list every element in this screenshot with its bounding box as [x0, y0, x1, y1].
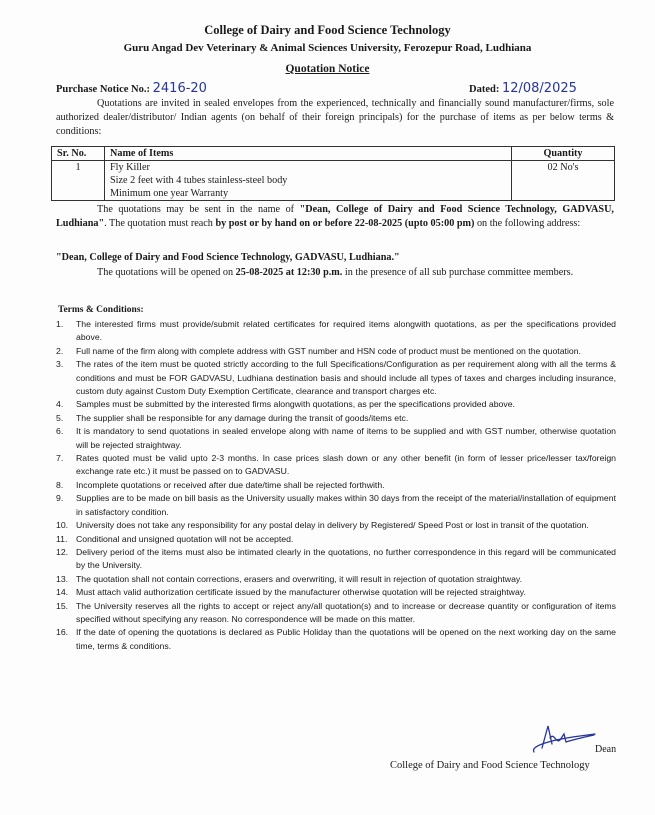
term-text: If the date of opening the quotations is… — [76, 627, 616, 650]
notice-date: Dated: 12/08/2025 — [469, 81, 577, 96]
term-number: 16. — [56, 626, 68, 639]
term-text: The rates of the item must be quoted str… — [76, 359, 616, 396]
term-number: 13. — [56, 573, 68, 586]
term-item: 2.Full name of the firm along with compl… — [56, 345, 616, 358]
row-sr-no: 1 — [52, 161, 105, 201]
term-number: 10. — [56, 519, 68, 532]
submission-text: . The quotation must reach — [104, 218, 215, 229]
term-number: 6. — [56, 425, 63, 438]
purchase-notice-number: 2416-20 — [153, 81, 207, 96]
term-item: 13.The quotation shall not contain corre… — [56, 573, 616, 586]
terms-list: 1.The interested firms must provide/subm… — [56, 318, 616, 653]
term-item: 16.If the date of opening the quotations… — [56, 626, 616, 653]
date-label: Dated: — [469, 84, 499, 95]
term-text: The quotation shall not contain correcti… — [76, 574, 522, 584]
submission-text: The quotations may be sent in the name o… — [97, 204, 300, 215]
signatory-organization: College of Dairy and Food Science Techno… — [390, 760, 590, 771]
term-number: 12. — [56, 546, 68, 559]
term-text: Delivery period of the items must also b… — [76, 547, 616, 570]
term-number: 1. — [56, 318, 63, 331]
opening-paragraph: The quotations will be opened on 25-08-2… — [56, 266, 614, 280]
purchase-notice-label: Purchase Notice No.: — [56, 84, 150, 95]
header-quantity: Quantity — [512, 147, 615, 161]
table-header-row: Sr. No. Name of Items Quantity — [52, 147, 615, 161]
item-name-line: Fly Killer — [110, 161, 506, 174]
term-number: 8. — [56, 479, 63, 492]
row-quantity: 02 No's — [512, 161, 615, 201]
item-warranty-line: Minimum one year Warranty — [110, 187, 506, 200]
college-name: College of Dairy and Food Science Techno… — [0, 23, 655, 38]
submission-text: on the following address: — [474, 218, 580, 229]
opening-text: in the presence of all sub purchase comm… — [342, 267, 573, 278]
term-number: 14. — [56, 586, 68, 599]
opening-text: The quotations will be opened on — [97, 267, 236, 278]
term-number: 2. — [56, 345, 63, 358]
term-item: 10.University does not take any responsi… — [56, 519, 616, 532]
term-item: 12.Delivery period of the items must als… — [56, 546, 616, 573]
submission-deadline: by post or by hand on or before 22-08-20… — [215, 218, 474, 229]
quotation-notice-page: College of Dairy and Food Science Techno… — [0, 0, 655, 815]
term-item: 5.The supplier shall be responsible for … — [56, 412, 616, 425]
term-text: The interested firms must provide/submit… — [76, 319, 616, 342]
term-text: It is mandatory to send quotations in se… — [76, 426, 616, 449]
term-number: 4. — [56, 398, 63, 411]
term-item: 15.The University reserves all the right… — [56, 600, 616, 627]
term-number: 7. — [56, 452, 63, 465]
signatory-title: Dean — [595, 744, 616, 755]
purchase-notice: Purchase Notice No.: 2416-20 — [56, 81, 207, 96]
header-sr-no: Sr. No. — [52, 147, 105, 161]
table-row: 1 Fly Killer Size 2 feet with 4 tubes st… — [52, 161, 615, 201]
item-spec-line: Size 2 feet with 4 tubes stainless-steel… — [110, 174, 506, 187]
term-text: Full name of the firm along with complet… — [76, 346, 581, 356]
term-text: Conditional and unsigned quotation will … — [76, 534, 293, 544]
term-text: Must attach valid authorization certific… — [76, 587, 526, 597]
term-number: 3. — [56, 358, 63, 371]
term-number: 9. — [56, 492, 63, 505]
document-title: Quotation Notice — [0, 63, 655, 75]
term-text: Incomplete quotations or received after … — [76, 480, 385, 490]
term-text: Rates quoted must be valid upto 2-3 mont… — [76, 453, 616, 476]
term-text: University does not take any responsibil… — [76, 520, 589, 530]
items-table: Sr. No. Name of Items Quantity 1 Fly Kil… — [51, 146, 615, 201]
terms-title: Terms & Conditions: — [58, 305, 144, 315]
term-number: 11. — [56, 533, 67, 546]
term-item: 4.Samples must be submitted by the inter… — [56, 398, 616, 411]
term-item: 7.Rates quoted must be valid upto 2-3 mo… — [56, 452, 616, 479]
term-text: Supplies are to be made on bill basis as… — [76, 493, 616, 516]
date-value: 12/08/2025 — [502, 81, 577, 96]
opening-datetime: 25-08-2025 at 12:30 p.m. — [236, 267, 343, 278]
university-name: Guru Angad Dev Veterinary & Animal Scien… — [0, 42, 655, 54]
term-item: 8.Incomplete quotations or received afte… — [56, 479, 616, 492]
term-item: 9.Supplies are to be made on bill basis … — [56, 492, 616, 519]
term-number: 15. — [56, 600, 68, 613]
term-item: 6.It is mandatory to send quotations in … — [56, 425, 616, 452]
submission-address: "Dean, College of Dairy and Food Science… — [56, 251, 614, 265]
term-text: The supplier shall be responsible for an… — [76, 413, 408, 423]
row-item-name: Fly Killer Size 2 feet with 4 tubes stai… — [105, 161, 512, 201]
intro-paragraph: Quotations are invited in sealed envelop… — [56, 97, 614, 139]
submission-paragraph: The quotations may be sent in the name o… — [56, 203, 614, 231]
term-item: 11.Conditional and unsigned quotation wi… — [56, 533, 616, 546]
term-item: 14.Must attach valid authorization certi… — [56, 586, 616, 599]
term-item: 1.The interested firms must provide/subm… — [56, 318, 616, 345]
term-number: 5. — [56, 412, 63, 425]
term-text: Samples must be submitted by the interes… — [76, 399, 515, 409]
term-text: The University reserves all the rights t… — [76, 601, 616, 624]
signature-icon — [520, 722, 600, 756]
header-name-of-items: Name of Items — [105, 147, 512, 161]
term-item: 3.The rates of the item must be quoted s… — [56, 358, 616, 398]
